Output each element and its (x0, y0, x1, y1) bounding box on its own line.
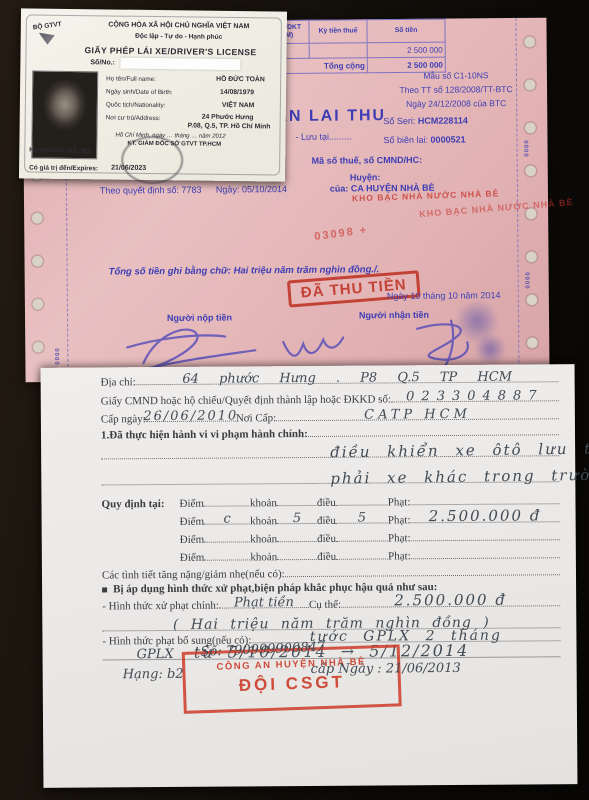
edge-serial: 0000 (53, 348, 59, 365)
clause-handwriting: 5 (293, 511, 301, 526)
dotted-line (336, 549, 388, 560)
issue-date-label: Cấp ngày: (101, 413, 146, 425)
receipt-date-line: Ngày 10 tháng 10 năm 2014 (387, 290, 501, 301)
fine-label: Phạt: (388, 515, 411, 527)
clause-label: khoản (250, 498, 277, 510)
id-line: Giấy CMND hoặc hộ chiếu/Quyết định thành… (101, 391, 559, 408)
dotted-line: 64 phước Hưng . P8 Q.5 TP HCM (136, 372, 559, 385)
class-label: Hạng/Class: (29, 146, 67, 153)
dotted-line (277, 532, 317, 543)
dotted-line (336, 531, 388, 542)
expiry-value: 21/06/2023 (111, 164, 146, 171)
address-line: Địa chỉ: 64 phước Hưng . P8 Q.5 TP HCM (101, 372, 559, 389)
treasury-overprint-fragment: KHO BẠC NHÀ NƯỚC NHÀ BÈ (419, 197, 574, 219)
point-label: Điểm (179, 498, 204, 510)
issue-place-label: Nơi Cấp: (236, 413, 276, 425)
indent (102, 525, 180, 526)
rule-row-2: Điểm c khoản 5 điều 5 Phạt: 2.500.000 đ (102, 512, 560, 529)
gplx-handwriting: GPLX (136, 647, 173, 662)
issue-line: Cấp ngày: 26/06/2010 Nơi Cấp: CATP HCM (101, 409, 559, 426)
violation-handwriting-2: phải xe khác trong trường hợp ko được ph… (101, 466, 559, 486)
dotted-line: Phạt tiền (219, 598, 309, 609)
violation-handwriting-1: điều khiển xe ôtô lưu thông vượt bên (101, 440, 559, 460)
paid-stamp: ĐÃ THU TIỀN (287, 270, 421, 307)
address-label: Địa chỉ: (101, 377, 136, 389)
decision-date: Ngày: 05/10/2014 (216, 184, 287, 195)
violation-form: Địa chỉ: 64 phước Hưng . P8 Q.5 TP HCM G… (41, 364, 578, 788)
violation-label: 1.Đã thực hiện hành vi vi phạm hành chín… (101, 428, 308, 441)
specific-amount-handwriting: 2.500.000 đ (394, 591, 507, 610)
form-number-block: Mẫu số C1-10NS Theo TT số 128/2008/TT-BT… (371, 68, 541, 111)
bullet-text: Bị áp dụng hình thức xử phạt,biện pháp k… (113, 581, 437, 595)
dotted-line: 023304887 (391, 391, 559, 403)
tax-id-line: Mã số thuế, số CMND/HC: (312, 155, 423, 166)
bullet-icon (102, 587, 107, 592)
address-value-1: 24 Phước Hưng (202, 114, 254, 122)
keep-at-line: - Lưu tại......... (295, 131, 351, 141)
drivers-license-card: BỘ GTVT CỘNG HÒA XÃ HỘI CHỦ NGHĨA VIỆT N… (19, 8, 287, 181)
dotted-line (204, 496, 250, 507)
photo-background: 0000 0000 0000 0000 Mẫu số C1-10NS Theo … (0, 0, 589, 800)
indent (102, 543, 180, 544)
dotted-line: phải xe khác trong trường hợp ko được ph… (101, 466, 559, 486)
nationality-label: Quốc tịch/Nationality: (106, 101, 166, 109)
dotted-line: 26/06/2010 (146, 412, 236, 423)
ruled-at-label: Quy định tại: (101, 498, 179, 511)
id-label: Giấy CMND hoặc hộ chiếu/Quyết định thành… (101, 394, 391, 408)
dotted-line (411, 548, 560, 559)
edge-serial: 0000 (523, 272, 529, 289)
address-value-2: P.08, Q.5, TP. Hồ Chí Minh (188, 122, 271, 130)
issue-date-handwriting: 26/06/2010 (143, 409, 238, 425)
dotted-line (411, 530, 560, 541)
col-ky-tien: Kỳ tiền thuế (309, 20, 367, 44)
address-label: Nơi cư trú/Address: (106, 114, 161, 122)
dob-label: Ngày sinh/Date of Birth: (106, 88, 173, 96)
round-stamp (121, 136, 184, 185)
treasury-code-overprint: 03098 + (314, 224, 369, 243)
dotted-line: 2.500.000 đ (410, 512, 559, 523)
name-value: HỒ ĐỨC TOÀN (216, 76, 265, 84)
main-penalty-label: - Hình thức xử phạt chính: (102, 600, 219, 613)
ink-smudge (473, 334, 507, 364)
redacted-number (120, 58, 240, 70)
rule-row-4: Điểm khoản điều Phạt: (102, 548, 560, 565)
issue-place-handwriting: CATP HCM (364, 407, 471, 423)
fine-label: Phạt: (388, 497, 411, 509)
dotted-line (277, 550, 317, 561)
violation-label-line: 1.Đã thực hiện hành vi vi phạm hành chín… (101, 425, 559, 442)
dob-value: 14/08/1979 (220, 89, 254, 96)
aggravating-label: Các tình tiết tăng nặng/giảm nhẹ(nếu có)… (102, 569, 285, 582)
dotted-line: điều khiển xe ôtô lưu thông vượt bên (101, 440, 559, 460)
dotted-line (308, 425, 559, 437)
dotted-line: 5 (336, 513, 388, 524)
form-number: Mẫu số C1-10NS (371, 68, 541, 83)
nationality-value: VIỆT NAM (222, 102, 255, 109)
fine-handwriting: 2.500.000 đ (429, 507, 542, 526)
aggravating-line: Các tình tiết tăng nặng/giảm nhẹ(nếu có)… (102, 565, 560, 582)
serial-number: Số Seri: HCM228114 (383, 115, 468, 126)
indent (102, 561, 180, 562)
article-label: điều (317, 497, 336, 509)
main-penalty-handwriting: Phạt tiền (234, 595, 294, 610)
rule-row-3: Điểm khoản điều Phạt: (102, 530, 560, 547)
address-handwriting: 64 phước Hưng . P8 Q.5 TP HCM (182, 370, 512, 387)
district-line: Huyện: (350, 172, 381, 182)
clause-label: khoản (250, 516, 277, 528)
cell-amount: 2 500 000 (367, 42, 445, 58)
specific-label: Cụ thể: (309, 599, 341, 611)
article-handwriting: 5 (358, 511, 366, 526)
article-label: điều (317, 515, 336, 527)
circular-date: Ngày 24/12/2008 của BTC (371, 96, 541, 111)
decision-number: Theo quyết định số: 7783 (100, 185, 202, 196)
dotted-line (277, 496, 317, 507)
dotted-line (285, 565, 560, 577)
dotted-line (410, 494, 559, 505)
dotted-line: 2.500.000 đ (341, 596, 560, 608)
receipt-number: Số biên lai: 0000521 (383, 134, 465, 145)
dotted-line (336, 495, 388, 506)
id-handwriting: 023304887 (406, 389, 544, 405)
cell-ky-tien (309, 43, 367, 59)
point-handwriting: c (223, 512, 230, 527)
dotted-line (204, 532, 250, 543)
class-value: A1, B2 (67, 146, 90, 155)
gplx-class-handwriting: Hạng: b2 (123, 667, 184, 682)
license-number-label: Số/No.: (90, 59, 115, 66)
dotted-line: 5 (277, 514, 317, 525)
col-so-tien: Số tiền (367, 19, 445, 43)
dotted-line: CATP HCM (276, 409, 559, 421)
edge-serial: 0000 (522, 140, 528, 157)
circular-reference: Theo TT số 128/2008/TT-BTC (371, 82, 541, 97)
dotted-line: c (204, 514, 250, 525)
name-label: Họ tên/Full name: (106, 75, 156, 83)
gplx-issue-date-handwriting: cấp Ngày : 21/06/2013 (311, 661, 461, 677)
point-label: Điểm (180, 516, 205, 528)
dotted-line (204, 550, 250, 561)
expiry-label: Có giá trị đến/Expires: (29, 164, 98, 172)
main-penalty-line: - Hình thức xử phạt chính: Phạt tiền Cụ … (102, 596, 560, 613)
